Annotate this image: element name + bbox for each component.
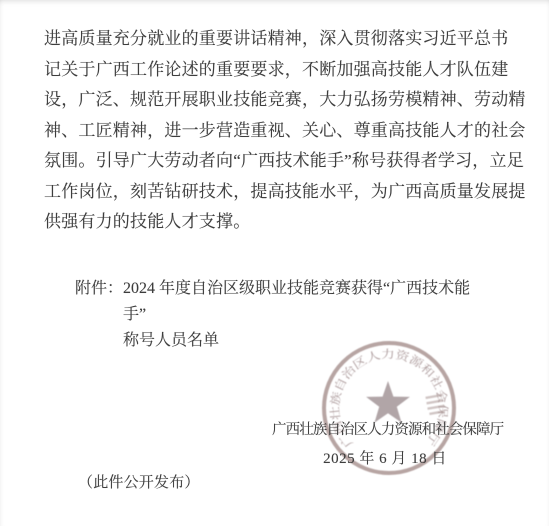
body-line: 氛围。引导广大劳动者向“广西技术能手”称号获得者学习，立足 bbox=[44, 146, 496, 177]
attachment-label: 附件： bbox=[75, 276, 123, 354]
issuer-signature: 广西壮族自治区人力资源和社会保障厅 bbox=[272, 418, 498, 439]
public-release-note: （此件公开发布） bbox=[78, 471, 200, 492]
body-line: 供强有力的技能人才支撑。 bbox=[44, 207, 496, 238]
body-line: 记关于广西工作论述的重要要求，不断加强高技能人才队伍建 bbox=[44, 55, 496, 86]
attachment-line: 2024 年度自治区级职业技能竞赛获得“广西技术能手” bbox=[123, 276, 485, 328]
body-line: 进高质量充分就业的重要讲话精神，深入贯彻落实习近平总书 bbox=[44, 24, 496, 55]
body-line: 工作岗位，刻苦钻研技术，提高技能水平，为广西高质量发展提 bbox=[44, 177, 496, 208]
document-page: 进高质量充分就业的重要讲话精神，深入贯彻落实习近平总书 记关于广西工作论述的重要… bbox=[0, 0, 549, 526]
star-icon bbox=[366, 381, 410, 423]
body-line: 神、工匠精神，进一步营造重视、关心、尊重高技能人才的社会 bbox=[44, 116, 496, 147]
body-line: 设，广泛、规范开展职业技能竞赛，大力弘扬劳模精神、劳动精 bbox=[44, 85, 496, 116]
body-paragraph: 进高质量充分就业的重要讲话精神，深入贯彻落实习近平总书 记关于广西工作论述的重要… bbox=[44, 24, 496, 238]
issue-date: 2025 年 6 月 18 日 bbox=[272, 447, 498, 468]
